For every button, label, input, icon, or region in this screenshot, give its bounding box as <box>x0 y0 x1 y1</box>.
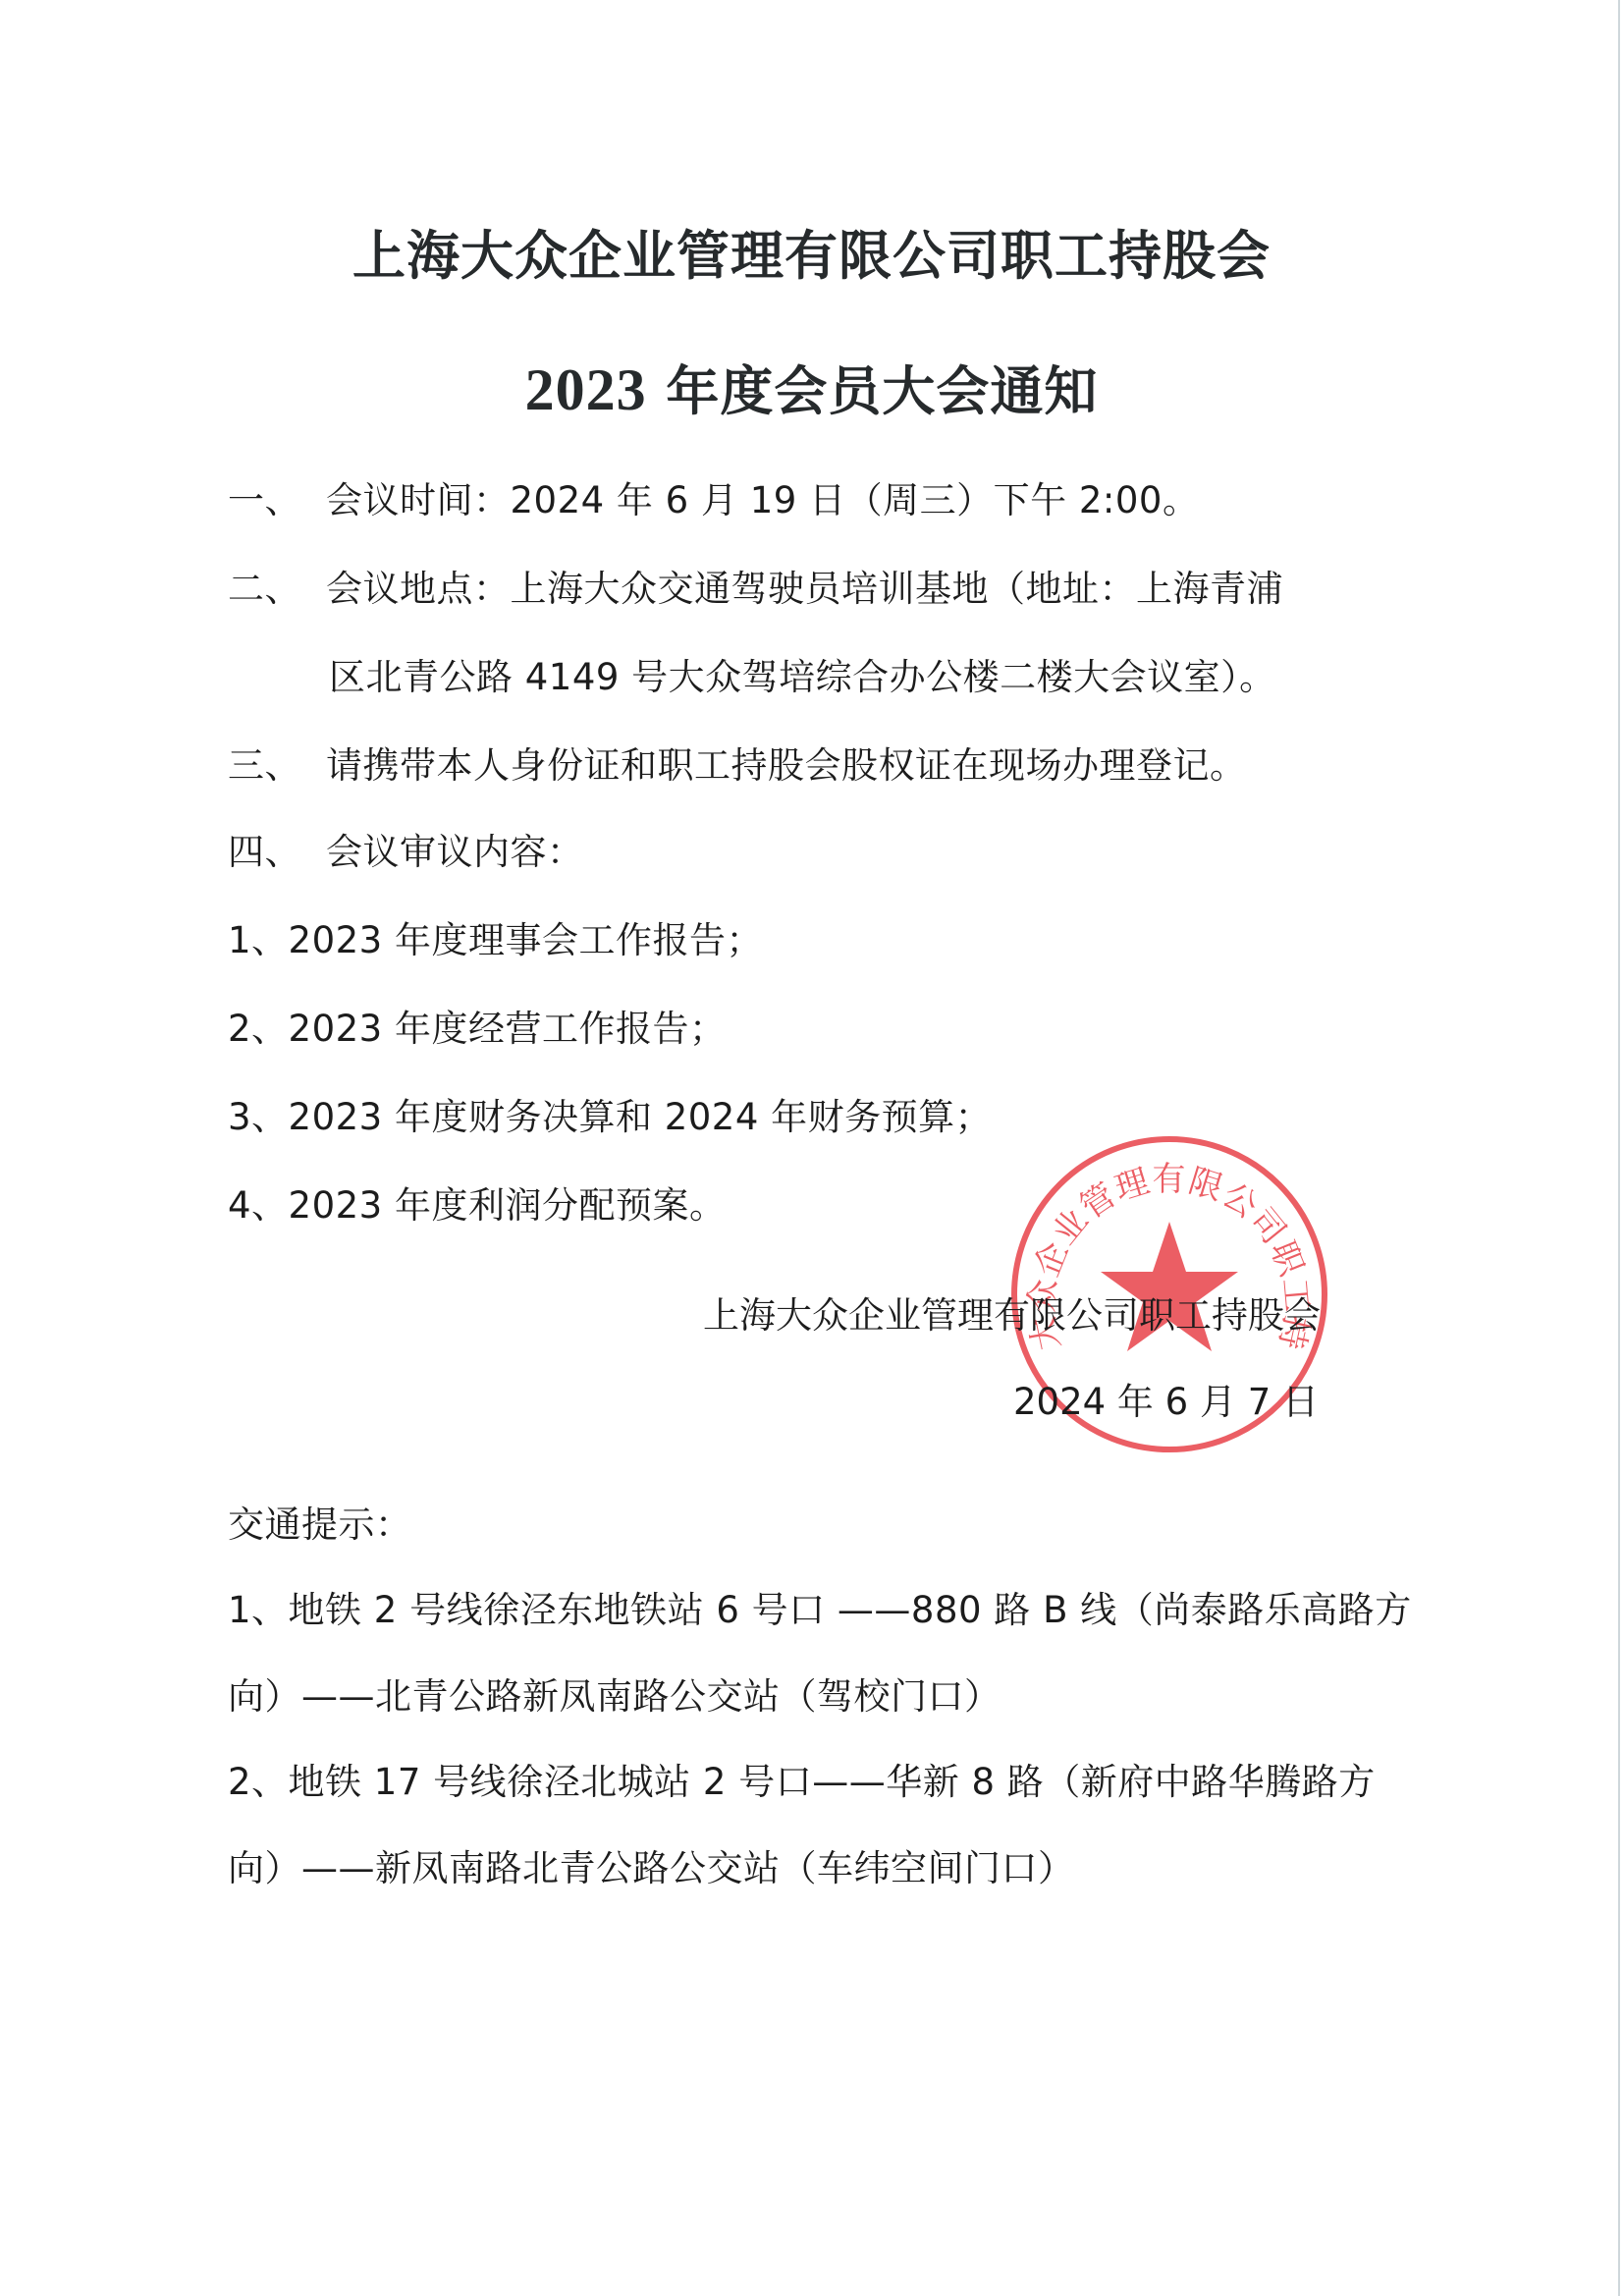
title-suffix: 年度会员大会通知 <box>647 360 1099 422</box>
document-page: 上海大众企业管理有限公司职工持股会 2023 年度会员大会通知 一、会议时间：2… <box>0 0 1623 2296</box>
agenda-item: 1、2023 年度理事会工作报告； <box>228 919 763 962</box>
transport-route-2-line2: 向）——新凤南路北青公路公交站（车纬空间门口） <box>228 1847 1075 1890</box>
document-title-line1: 上海大众企业管理有限公司职工持股会 <box>0 214 1623 290</box>
section-registration: 三、请携带本人身份证和职工持股会股权证在现场办理登记。 <box>228 744 1247 788</box>
transport-route-2-line1: 2、地铁 17 号线徐泾北城站 2 号口——华新 8 路（新府中路华腾路方 <box>228 1761 1376 1804</box>
agenda-item: 2、2023 年度经营工作报告； <box>228 1008 726 1051</box>
scan-edge-line <box>1618 0 1620 2296</box>
document-title-line2: 2023 年度会员大会通知 <box>0 350 1623 425</box>
section-location-continuation: 区北青公路 4149 号大众驾培综合办公楼二楼大会议室）。 <box>329 656 1276 699</box>
section-marker: 四、 <box>228 831 326 874</box>
signature-organization: 上海大众企业管理有限公司职工持股会 <box>703 1294 1321 1338</box>
section-marker: 二、 <box>228 568 326 611</box>
agenda-item: 3、2023 年度财务决算和 2024 年财务预算； <box>228 1096 992 1139</box>
transport-route-1-line2: 向）——北青公路新凤南路公交站（驾校门口） <box>228 1675 1001 1719</box>
section-label: 会议时间： <box>326 479 511 521</box>
section-text: 请携带本人身份证和职工持股会股权证在现场办理登记。 <box>326 744 1247 787</box>
signature-date: 2024 年 6 月 7 日 <box>1013 1381 1319 1424</box>
agenda-item: 4、2023 年度利润分配预案。 <box>228 1184 726 1228</box>
title-year: 2023 <box>525 357 647 422</box>
section-agenda: 四、会议审议内容： <box>228 831 584 874</box>
section-text: 2024 年 6 月 19 日（周三）下午 2:00。 <box>511 479 1200 521</box>
section-marker: 一、 <box>228 479 326 522</box>
transport-heading: 交通提示： <box>228 1503 412 1547</box>
section-label: 会议地点： <box>326 568 511 610</box>
transport-route-1-line1: 1、地铁 2 号线徐泾东地铁站 6 号口 ——880 路 B 线（尚泰路乐高路方 <box>228 1589 1412 1632</box>
section-label: 会议审议内容： <box>326 831 584 873</box>
section-marker: 三、 <box>228 744 326 788</box>
section-location: 二、会议地点：上海大众交通驾驶员培训基地（地址：上海青浦 <box>228 568 1283 611</box>
section-text: 上海大众交通驾驶员培训基地（地址：上海青浦 <box>511 568 1284 610</box>
section-time: 一、会议时间：2024 年 6 月 19 日（周三）下午 2:00。 <box>228 479 1199 522</box>
